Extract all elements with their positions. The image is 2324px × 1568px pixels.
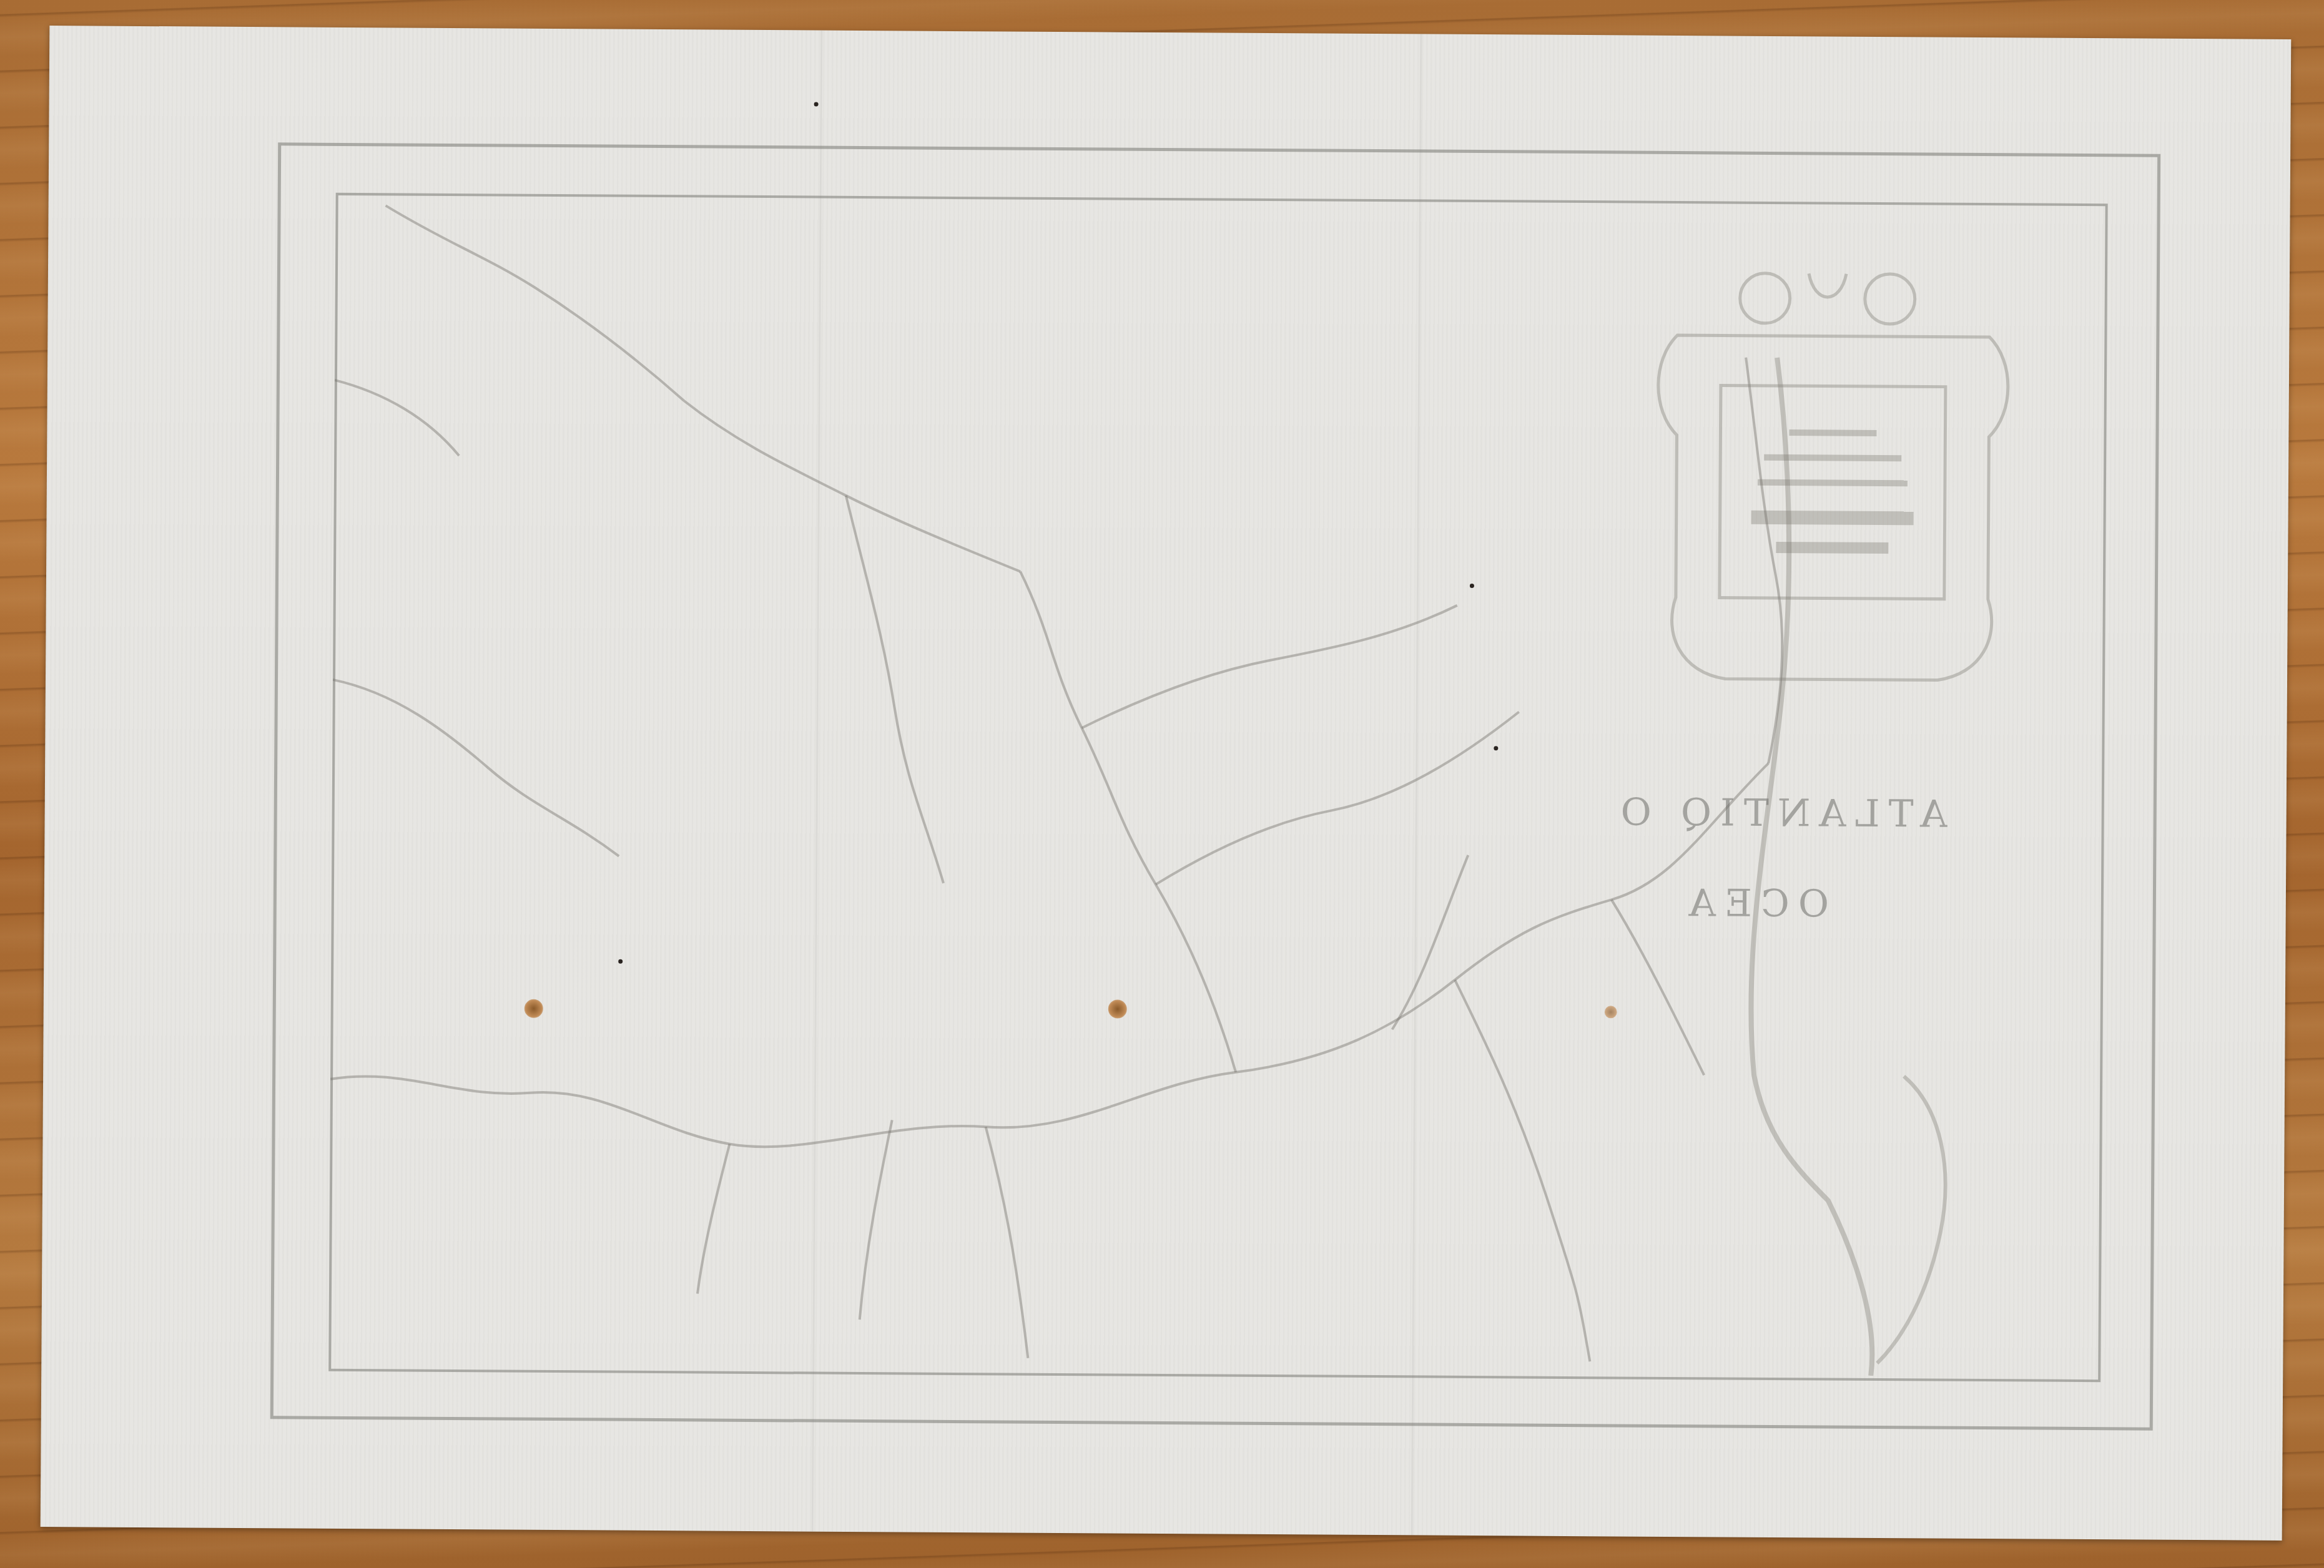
peninsula-coast-showthrough [1877, 1076, 1946, 1364]
foxing-spot [1108, 999, 1127, 1018]
ocean-label-line2: OCEA [1680, 881, 1829, 926]
foxing-spot [1605, 1006, 1617, 1018]
paper-speck [1494, 746, 1498, 750]
paper-speck [618, 959, 623, 964]
paper-speck [814, 102, 819, 107]
paper-speck [1470, 584, 1474, 588]
map-sheet-back: ATLANTIQ O OCEA [41, 26, 2292, 1541]
foxing-spot [524, 999, 543, 1018]
cartouche-showthrough [1625, 248, 2027, 700]
ocean-label-line1: ATLANTIQ O [1612, 790, 1947, 836]
